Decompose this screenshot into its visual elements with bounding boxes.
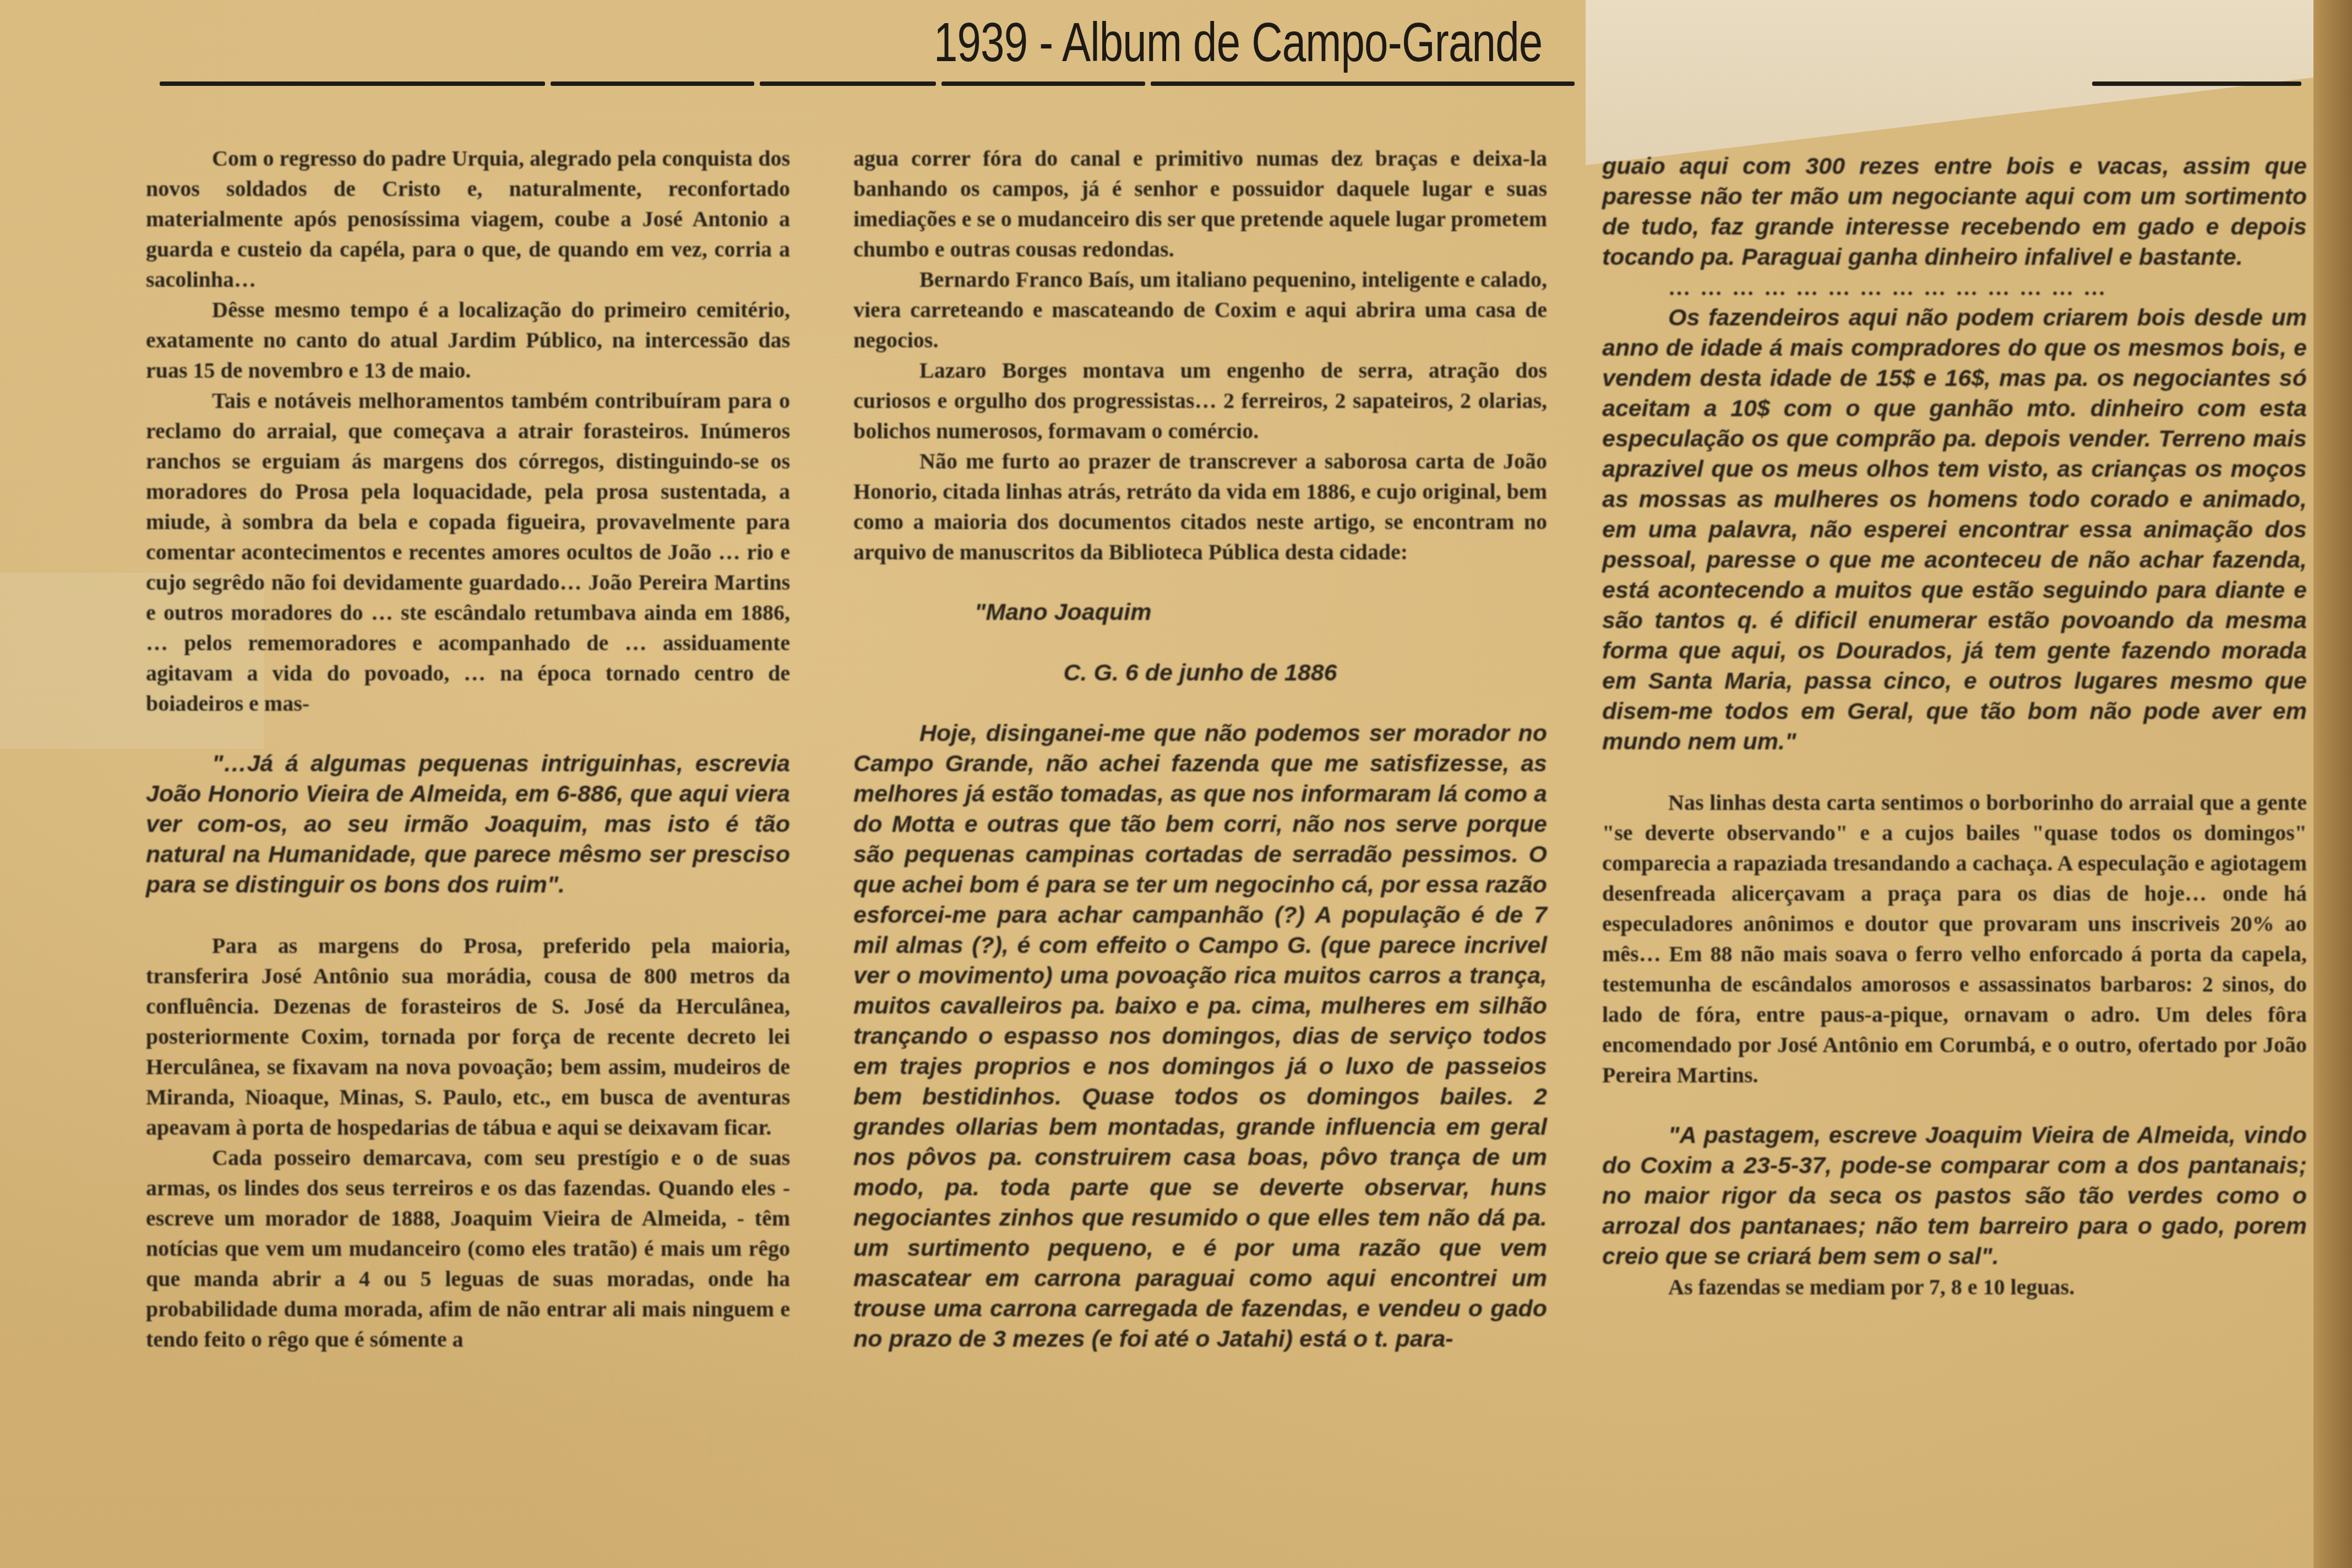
letter-body: Os fazendeiros aqui não podem criarem bo… [1602, 303, 2307, 757]
paragraph: Lazaro Borges montava um engenho de serr… [853, 355, 1547, 446]
paragraph: Com o regresso do padre Urquia, alegrado… [146, 143, 790, 295]
letter-salutation: "Mano Joaquim [853, 597, 1547, 628]
paragraph: agua correr fóra do canal e primitivo nu… [853, 143, 1547, 264]
paragraph: Bernardo Franco Baís, um italiano pequen… [853, 264, 1547, 355]
header-rule [2092, 81, 2301, 86]
separator-dots: …………………………………… [1602, 273, 2307, 303]
letter-body: guaio aqui com 300 rezes entre bois e va… [1602, 151, 2307, 273]
masthead: 1939 - Album de Campo-Grande [848, 11, 1597, 77]
letter-body: Hoje, disinganei-me que não podemos ser … [853, 718, 1547, 1354]
paragraph: Tais e notáveis melhoramentos também con… [146, 385, 790, 718]
column-3: guaio aqui com 300 rezes entre bois e va… [1602, 151, 2307, 1302]
paragraph: Para as margens do Prosa, preferido pela… [146, 930, 790, 1142]
header-rule [160, 81, 545, 86]
header-rule [551, 81, 754, 86]
paragraph: As fazendas se mediam por 7, 8 e 10 legu… [1602, 1272, 2307, 1302]
header-rule [941, 81, 1145, 86]
quotation: "A pastagem, escreve Joaquim Vieira de A… [1602, 1120, 2307, 1272]
paragraph: Nas linhas desta carta sentimos o borbor… [1602, 787, 2307, 1090]
page-edge [2313, 0, 2352, 1568]
paragraph: Dêsse mesmo tempo é a localização do pri… [146, 295, 790, 385]
column-2: agua correr fóra do canal e primitivo nu… [853, 143, 1547, 1354]
column-1: Com o regresso do padre Urquia, alegrado… [146, 143, 790, 1354]
page-title: 1939 - Album de Campo-Grande [934, 11, 1542, 74]
letter-dateline: C. G. 6 de junho de 1886 [853, 658, 1547, 688]
header-rule [1151, 81, 1575, 86]
paragraph: Não me furto ao prazer de transcrever a … [853, 446, 1547, 567]
header-rule [760, 81, 936, 86]
paragraph: Cada posseiro demarcava, com seu prestíg… [146, 1142, 790, 1354]
quotation: "…Já á algumas pequenas intriguinhas, es… [146, 749, 790, 900]
